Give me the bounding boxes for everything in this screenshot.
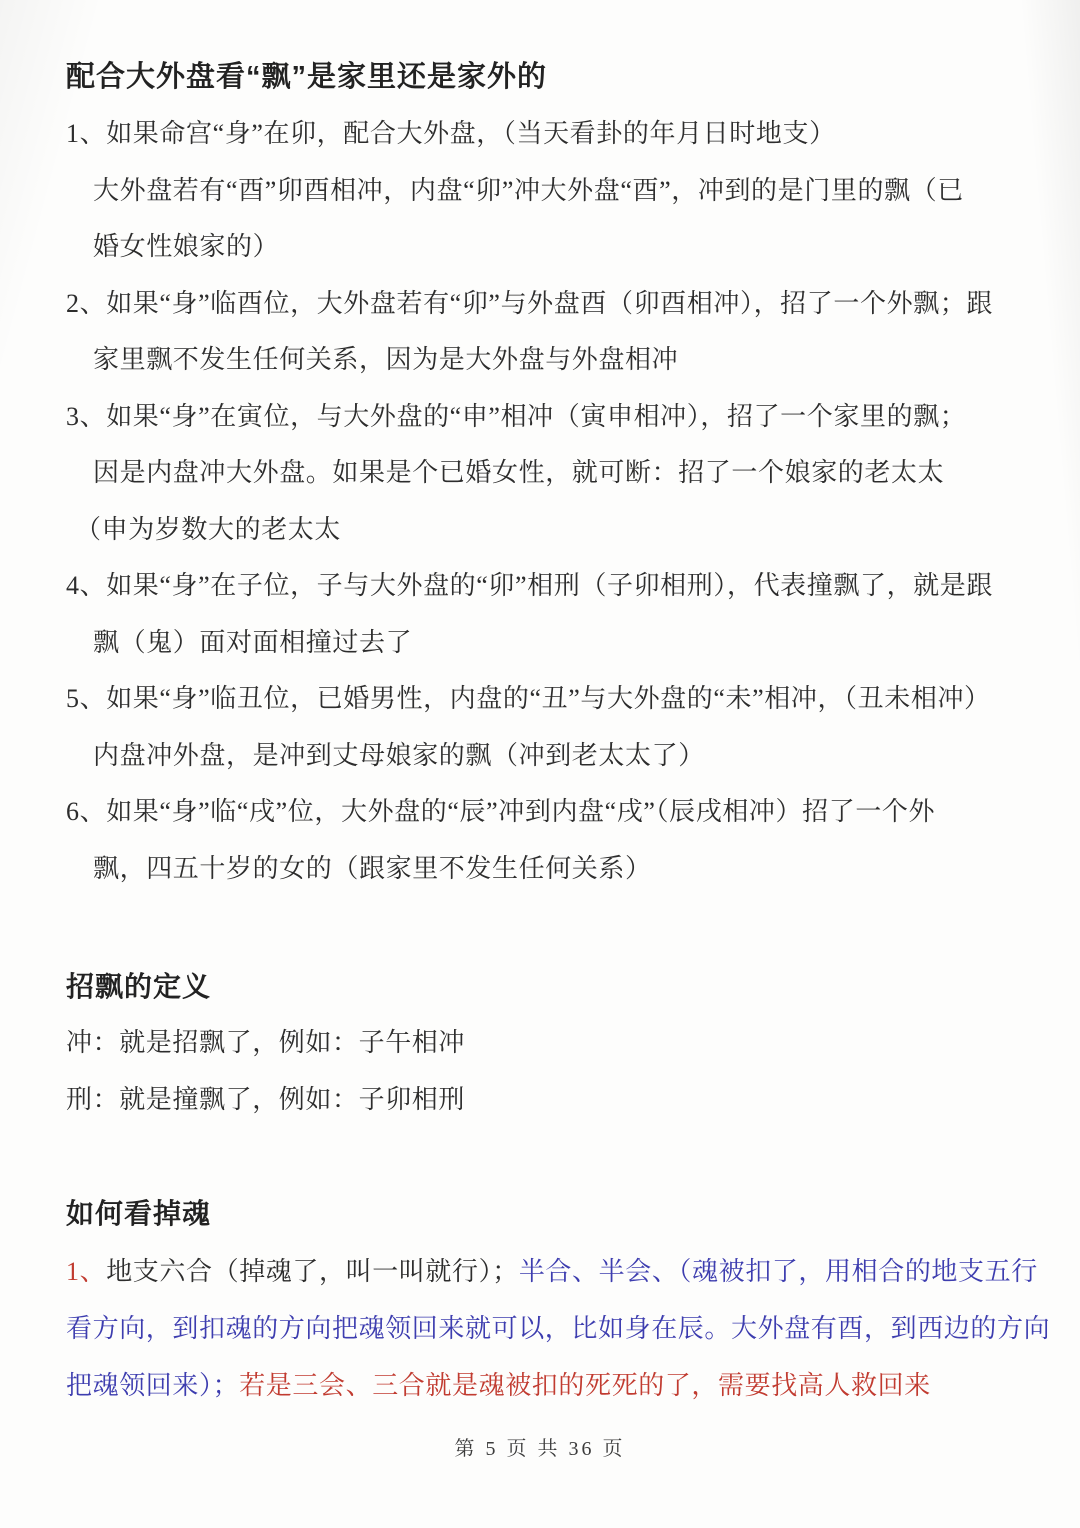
definition-xing-line: 刑：就是撞飘了，例如：子卯相刑 bbox=[0, 1072, 1080, 1129]
list-item-3-text: 如果“身”在寅位，与大外盘的“申”相冲（寅申相冲），招了一个家里的飘； bbox=[106, 402, 966, 431]
list-item-4-text: 如果“身”在子位，子与大外盘的“卯”相刑（子卯相刑），代表撞飘了，就是跟 bbox=[106, 571, 993, 600]
page-number-footer: 第 5 页 共 36 页 bbox=[0, 1432, 1080, 1461]
list-marker-3: 3、 bbox=[66, 402, 106, 431]
list-marker-4: 4、 bbox=[66, 571, 106, 600]
section-heading-piao-inside-or-outside: 配合大外盘看“飘”是家里还是家外的 bbox=[66, 56, 1080, 98]
colored-paragraph-line-2: 看方向，到扣魂的方向把魂领回来就可以，比如身在辰。大外盘有酉，到西边的方向 bbox=[0, 1300, 1080, 1357]
list-item-2-line-2: 家里飘不发生任何关系，因为是大外盘与外盘相冲 bbox=[0, 332, 1080, 389]
section-heading-zhaopiao-definition: 招飘的定义 bbox=[66, 967, 1080, 1007]
list-item-3-line-2: 因是内盘冲大外盘。如果是个已婚女性，就可断：招了一个娘家的老太太 bbox=[0, 445, 1080, 502]
list-item-3-line-1: 3、如果“身”在寅位，与大外盘的“申”相冲（寅申相冲），招了一个家里的飘； bbox=[0, 389, 1080, 446]
document-page: 配合大外盘看“飘”是家里还是家外的 1、如果命宫“身”在卯，配合大外盘，（当天看… bbox=[0, 0, 1080, 1528]
list-item-2-line-1: 2、如果“身”临酉位，大外盘若有“卯”与外盘酉（卯酉相冲），招了一个外飘；跟 bbox=[0, 276, 1080, 333]
list-marker-5: 5、 bbox=[66, 684, 106, 713]
definition-lines: 冲：就是招飘了，例如：子午相冲 刑：就是撞飘了，例如：子卯相刑 bbox=[0, 1015, 1080, 1128]
list-marker-6: 6、 bbox=[66, 797, 106, 826]
list-item-5-line-2: 内盘冲外盘，是冲到丈母娘家的飘（冲到老太太了） bbox=[0, 728, 1080, 785]
red-segment: 若是三会、三合就是魂被扣的死死的了，需要找高人救回来 bbox=[239, 1371, 931, 1400]
list-item-1-line-3: 婚女性娘家的） bbox=[0, 219, 1080, 276]
list-item-4-line-1: 4、如果“身”在子位，子与大外盘的“卯”相刑（子卯相刑），代表撞飘了，就是跟 bbox=[0, 558, 1080, 615]
list-item-1-text: 如果命宫“身”在卯，配合大外盘，（当天看卦的年月日时地支） bbox=[106, 119, 835, 148]
colored-paragraph-line-3: 把魂领回来）；若是三会、三合就是魂被扣的死死的了，需要找高人救回来 bbox=[0, 1357, 1080, 1414]
red-list-marker: 1、 bbox=[66, 1257, 106, 1286]
definition-chong-line: 冲：就是招飘了，例如：子午相冲 bbox=[0, 1015, 1080, 1072]
numbered-list: 1、如果命宫“身”在卯，配合大外盘，（当天看卦的年月日时地支） 大外盘若有“酉”… bbox=[0, 106, 1080, 897]
list-item-4-line-2: 飘（鬼）面对面相撞过去了 bbox=[0, 615, 1080, 672]
list-item-2-text: 如果“身”临酉位，大外盘若有“卯”与外盘酉（卯酉相冲），招了一个外飘；跟 bbox=[106, 289, 993, 318]
list-item-1-line-1: 1、如果命宫“身”在卯，配合大外盘，（当天看卦的年月日时地支） bbox=[0, 106, 1080, 163]
list-marker-2: 2、 bbox=[66, 289, 106, 318]
list-item-5-line-1: 5、如果“身”临丑位，已婚男性，内盘的“丑”与大外盘的“未”相冲，（丑未相冲） bbox=[0, 671, 1080, 728]
black-segment: 地支六合（掉魂了，叫一叫就行）； bbox=[106, 1257, 519, 1286]
blue-segment-2: 看方向，到扣魂的方向把魂领回来就可以，比如身在辰。大外盘有酉，到西边的方向 bbox=[66, 1314, 1050, 1343]
list-item-1-line-2: 大外盘若有“酉”卯酉相冲，内盘“卯”冲大外盘“酉”，冲到的是门里的飘（已 bbox=[0, 163, 1080, 220]
blue-segment-3: 把魂领回来）； bbox=[66, 1371, 239, 1400]
list-item-5-text: 如果“身”临丑位，已婚男性，内盘的“丑”与大外盘的“未”相冲，（丑未相冲） bbox=[106, 684, 990, 713]
colored-paragraph: 1、地支六合（掉魂了，叫一叫就行）；半合、半会、（魂被扣了，用相合的地支五行 看… bbox=[0, 1243, 1080, 1414]
section-heading-how-to-see-lost-soul: 如何看掉魂 bbox=[66, 1194, 1080, 1234]
list-marker-1: 1、 bbox=[66, 119, 106, 148]
list-item-6-line-1: 6、如果“身”临“戌”位，大外盘的“辰”冲到内盘“戌”（辰戌相冲）招了一个外 bbox=[0, 784, 1080, 841]
colored-paragraph-line-1: 1、地支六合（掉魂了，叫一叫就行）；半合、半会、（魂被扣了，用相合的地支五行 bbox=[0, 1243, 1080, 1300]
list-item-6-text: 如果“身”临“戌”位，大外盘的“辰”冲到内盘“戌”（辰戌相冲）招了一个外 bbox=[106, 797, 935, 826]
list-item-3-line-3: （申为岁数大的老太太 bbox=[0, 502, 1080, 559]
list-item-6-line-2: 飘，四五十岁的女的（跟家里不发生任何关系） bbox=[0, 841, 1080, 898]
blue-segment-1: 半合、半会、（魂被扣了，用相合的地支五行 bbox=[519, 1257, 1038, 1286]
